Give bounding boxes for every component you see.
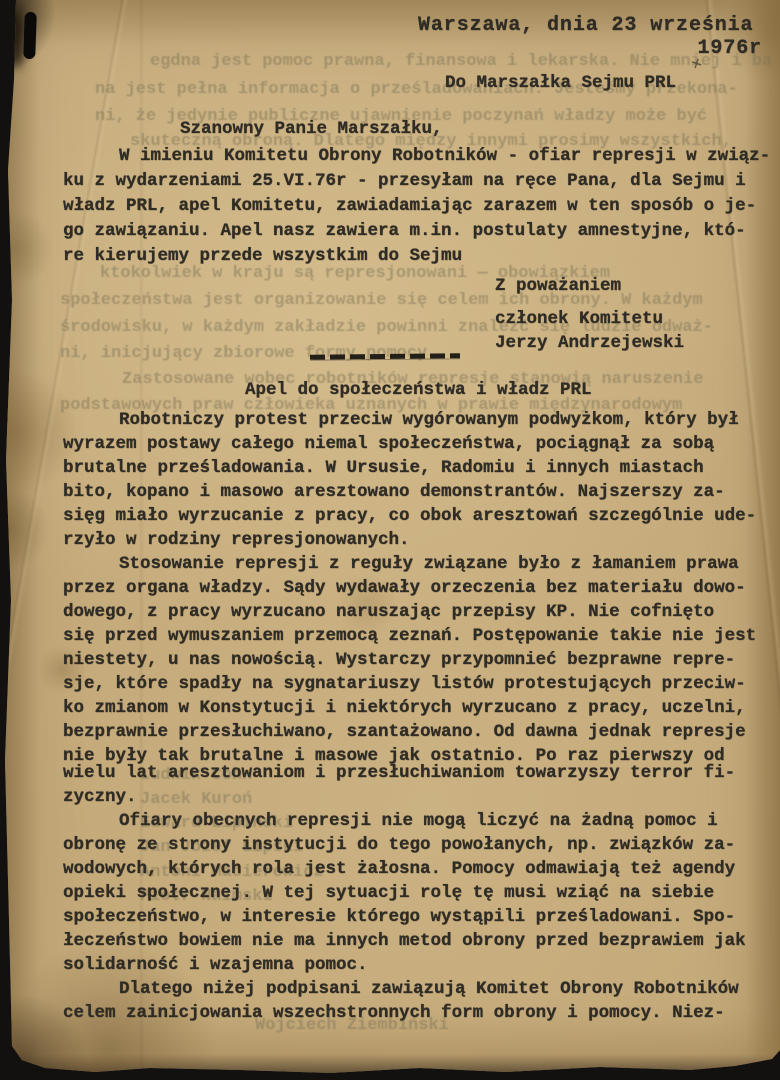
appeal-line: wielu lat aresztowaniom i przesłuchiwani…: [63, 761, 775, 785]
scanned-document: egdna jest pomoc prawna, finansowa i lek…: [0, 0, 780, 1080]
letter-body: W imieniu Komitetu Obrony Robotników - o…: [63, 144, 769, 269]
appeal-line: się przed wymuszaniem przemocą zeznań. P…: [63, 624, 775, 648]
appeal-line: Ofiary obecnych represji nie mogą liczyć…: [63, 809, 775, 833]
appeal-line: łeczeństwo bowiem nie ma innych metod ob…: [63, 929, 775, 953]
appeal-line: bito, kopano i masowo aresztowano demons…: [63, 480, 775, 504]
appeal-line: społeczeństwo, w interesie którego wystą…: [63, 905, 775, 929]
salutation: Szanowny Panie Marszałku,: [180, 119, 443, 139]
letter-line: W imieniu Komitetu Obrony Robotników - o…: [63, 144, 769, 169]
appeal-line: niestety, u nas nowością. Wystarczy przy…: [63, 648, 775, 672]
dateline: Warszawa, dnia 23 września 1976r: [418, 14, 764, 60]
closing-line: członek Komitetu: [495, 307, 684, 331]
binding-hole: [23, 12, 37, 59]
recipient-line: Do Marszałka Sejmu PRL: [445, 73, 676, 93]
appeal-line: bezprawnie przesłuchiwano, szantażowano.…: [63, 720, 775, 744]
appeal-line: sje, które spadły na sygnatariuszy listó…: [63, 672, 775, 696]
appeal-line: dowego, z pracy wyrzucano naruszając prz…: [63, 600, 775, 624]
appeal-line: sięg miało wyrzucanie z pracy, co obok a…: [63, 504, 775, 528]
appeal-line: Robotniczy protest przeciw wygórowanym p…: [63, 408, 775, 432]
appeal-line: opieki społecznej. W tej sytuacji rolę t…: [63, 881, 775, 905]
dateline-city-date: Warszawa, dnia 23 września: [418, 14, 764, 37]
closing-line: Jerzy Andrzejewski: [495, 331, 684, 355]
letter-line: ku z wydarzeniami 25.VI.76r - przesyłam …: [63, 169, 769, 194]
appeal-line: zyczny.: [63, 785, 775, 809]
closing-block: Z poważaniemczłonek KomitetuJerzy Andrze…: [495, 274, 684, 355]
appeal-line: wodowych, których rola jest żałosna. Pom…: [63, 857, 775, 881]
letter-line: władz PRL, apel Komitetu, zawiadamiając …: [63, 194, 769, 219]
appeal-line: Dlatego niżej podpisani zawiązują Komite…: [63, 977, 775, 1001]
appeal-line: przez organa władzy. Sądy wydawały orzec…: [63, 576, 775, 600]
appeal-line: wyrazem postawy całego niemal społeczeńs…: [63, 432, 775, 456]
dateline-year: 1976r: [418, 37, 764, 60]
appeal-line: celem zainicjowania wszechstronnych form…: [63, 1001, 775, 1025]
appeal-line: ko zmianom w Konstytucji i niektórych wy…: [63, 696, 775, 720]
letter-line: go zawiązaniu. Apel nasz zawiera m.in. p…: [63, 219, 769, 244]
appeal-line: rzyło w rodziny represjonowanych.: [63, 528, 775, 552]
letter-line: re kierujemy przede wszystkim do Sejmu: [63, 244, 769, 269]
appeal-title: Apel do społeczeństwa i władz PRL: [245, 380, 592, 400]
closing-line: Z poważaniem: [495, 274, 684, 298]
appeal-line: brutalne prześladowania. W Ursusie, Rado…: [63, 456, 775, 480]
appeal-line: solidarność i wzajemna pomoc.: [63, 953, 775, 977]
document-page: egdna jest pomoc prawna, finansowa i lek…: [0, 0, 780, 1080]
appeal-body: Robotniczy protest przeciw wygórowanym p…: [63, 408, 775, 1025]
appeal-line: Stosowanie represji z reguły związane by…: [63, 552, 775, 576]
appeal-line: obronę ze strony instytucji do tego powo…: [63, 833, 775, 857]
